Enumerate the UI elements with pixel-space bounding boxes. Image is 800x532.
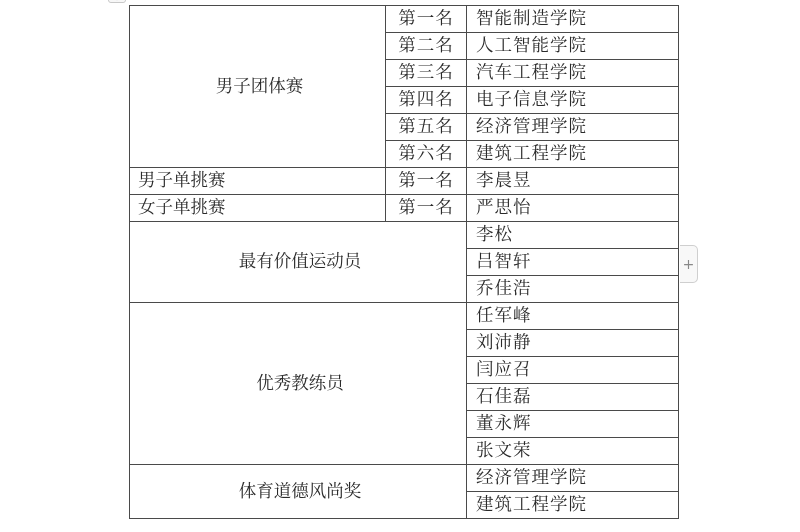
table-row: 体育道德风尚奖 经济管理学院 [130, 465, 679, 492]
move-handle-icon: ✥ [113, 0, 121, 3]
winner-cell[interactable]: 人工智能学院 [467, 33, 679, 60]
rank-cell[interactable]: 第一名 [386, 6, 467, 33]
rank-cell[interactable]: 第五名 [386, 114, 467, 141]
table-row: 优秀教练员 任军峰 [130, 303, 679, 330]
winner-cell[interactable]: 乔佳浩 [467, 276, 679, 303]
winner-cell[interactable]: 闫应召 [467, 357, 679, 384]
winner-cell[interactable]: 李晨昱 [467, 168, 679, 195]
winner-cell[interactable]: 李松 [467, 222, 679, 249]
winner-cell[interactable]: 智能制造学院 [467, 6, 679, 33]
category-cell[interactable]: 最有价值运动员 [130, 222, 467, 303]
rank-cell[interactable]: 第二名 [386, 33, 467, 60]
winner-cell[interactable]: 张文荣 [467, 438, 679, 465]
category-cell[interactable]: 男子团体赛 [130, 6, 386, 168]
rank-cell[interactable]: 第四名 [386, 87, 467, 114]
category-cell[interactable]: 男子单挑赛 [130, 168, 386, 195]
winner-cell[interactable]: 刘沛静 [467, 330, 679, 357]
winner-cell[interactable]: 经济管理学院 [467, 465, 679, 492]
table-move-handle[interactable]: ✥ [108, 0, 126, 3]
rank-cell[interactable]: 第三名 [386, 60, 467, 87]
table-row: 女子单挑赛 第一名 严思怡 [130, 195, 679, 222]
category-cell[interactable]: 女子单挑赛 [130, 195, 386, 222]
winner-cell[interactable]: 电子信息学院 [467, 87, 679, 114]
winner-cell[interactable]: 石佳磊 [467, 384, 679, 411]
rank-cell[interactable]: 第六名 [386, 141, 467, 168]
winner-cell[interactable]: 吕智轩 [467, 249, 679, 276]
plus-icon: + [683, 257, 695, 273]
add-row-button[interactable]: + [680, 245, 698, 283]
winner-cell[interactable]: 董永辉 [467, 411, 679, 438]
winner-cell[interactable]: 汽车工程学院 [467, 60, 679, 87]
table-row: 男子单挑赛 第一名 李晨昱 [130, 168, 679, 195]
rank-cell[interactable]: 第一名 [386, 195, 467, 222]
table-row: 最有价值运动员 李松 [130, 222, 679, 249]
winner-cell[interactable]: 任军峰 [467, 303, 679, 330]
winner-cell[interactable]: 经济管理学院 [467, 114, 679, 141]
winner-cell[interactable]: 建筑工程学院 [467, 141, 679, 168]
winner-cell[interactable]: 建筑工程学院 [467, 492, 679, 519]
document-page: ✥ 男子团体赛 第一名 智能制造学院 第二名 人工智能学院 第三名 汽车工程学院… [0, 0, 800, 532]
category-cell[interactable]: 体育道德风尚奖 [130, 465, 467, 519]
category-cell[interactable]: 优秀教练员 [130, 303, 467, 465]
winner-cell[interactable]: 严思怡 [467, 195, 679, 222]
rank-cell[interactable]: 第一名 [386, 168, 467, 195]
awards-table: 男子团体赛 第一名 智能制造学院 第二名 人工智能学院 第三名 汽车工程学院 第… [129, 5, 679, 519]
table-row: 男子团体赛 第一名 智能制造学院 [130, 6, 679, 33]
